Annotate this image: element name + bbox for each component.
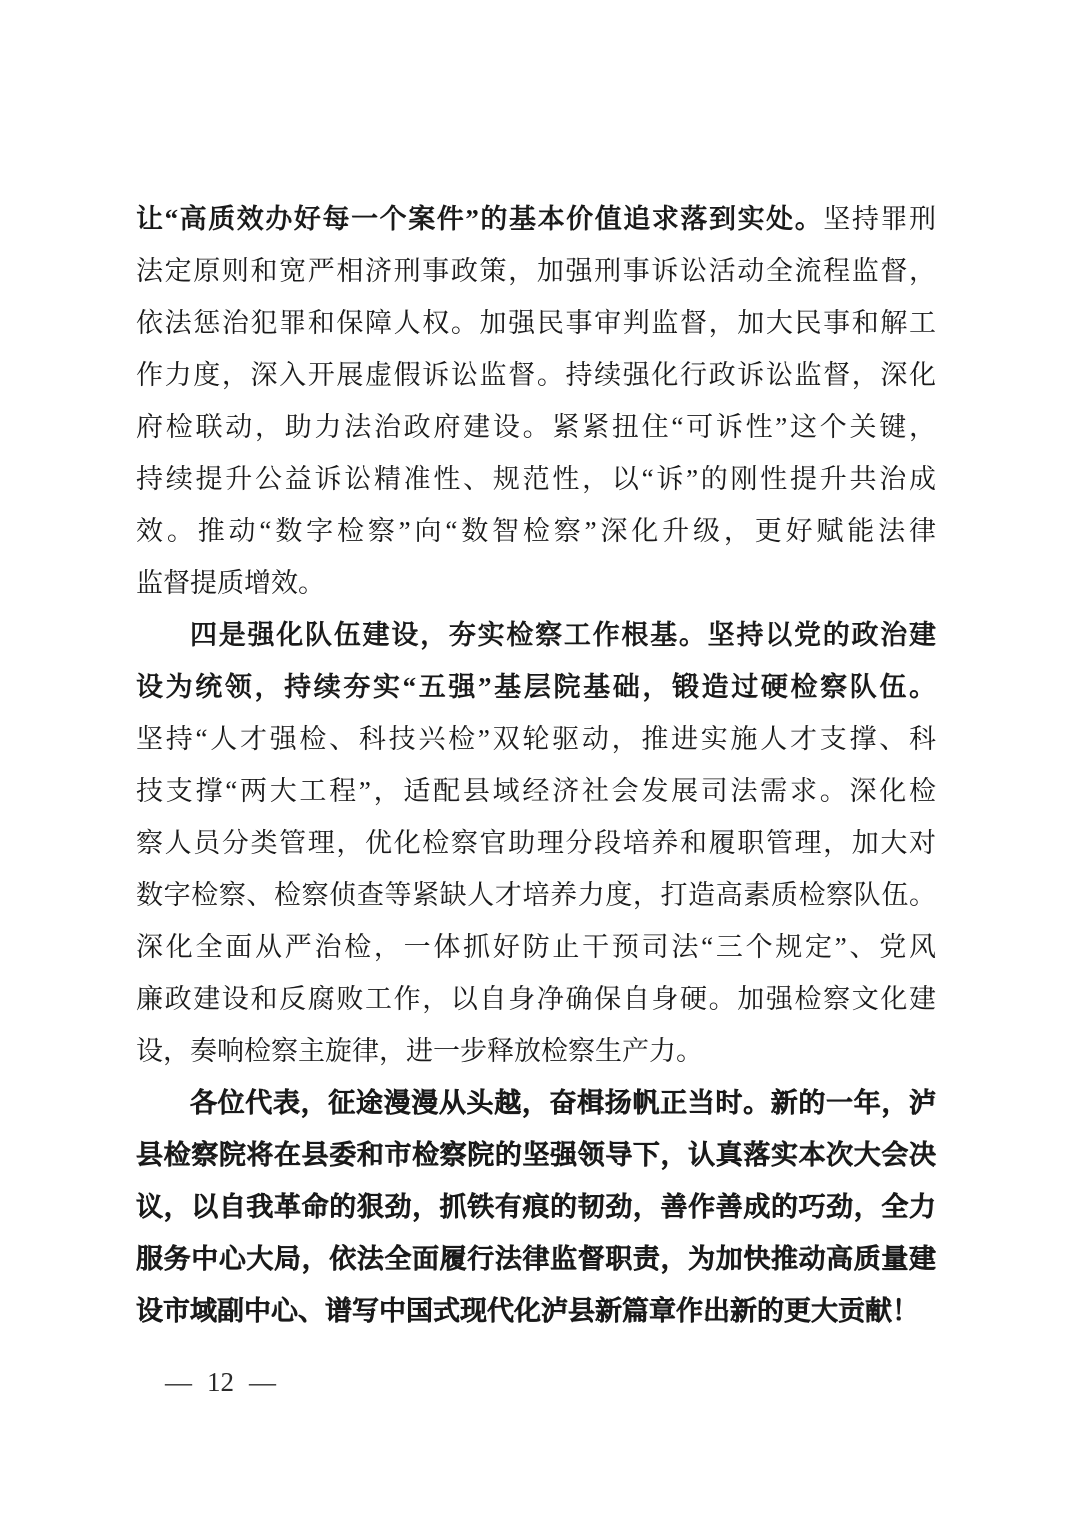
text-line: 持续提升公益诉讼精准性、规范性，以“诉”的刚性提升共治成 (136, 453, 936, 505)
text-line: 府检联动，助力法治政府建设。紧紧扭住“可诉性”这个关键， (136, 401, 936, 453)
text-line: 四是强化队伍建设，夯实检察工作根基。坚持以党的政治建 (136, 609, 936, 661)
bold-run: 四是强化队伍建设，夯实检察工作根基。坚持以党的政治建 (190, 620, 936, 650)
text-line: 设市域副中心、谱写中国式现代化泸县新篇章作出新的更大贡献！ (136, 1285, 936, 1337)
bold-run: 设为统领，持续夯实“五强”基层院基础，锻造过硬检察队伍。 (136, 672, 936, 702)
text-line: 数字检察、检察侦查等紧缺人才培养力度，打造高素质检察队伍。 (136, 869, 936, 921)
regular-run: 效。推动“数字检察”向“数智检察”深化升级，更好赋能法律 (136, 516, 936, 546)
footer-dash-left: — (165, 1362, 192, 1402)
regular-run: 持续提升公益诉讼精准性、规范性，以“诉”的刚性提升共治成 (136, 464, 936, 494)
bold-run: 县检察院将在县委和市检察院的坚强领导下，认真落实本次大会决 (136, 1140, 936, 1170)
text-line: 效。推动“数字检察”向“数智检察”深化升级，更好赋能法律 (136, 505, 936, 557)
text-line: 设，奏响检察主旋律，进一步释放检察生产力。 (136, 1025, 936, 1077)
bold-run: 设市域副中心、谱写中国式现代化泸县新篇章作出新的更大贡献！ (136, 1296, 919, 1326)
text-line: 深化全面从严治检，一体抓好防止干预司法“三个规定”、党风 (136, 921, 936, 973)
regular-run: 察人员分类管理，优化检察官助理分段培养和履职管理，加大对 (136, 828, 936, 858)
text-line: 服务中心大局，依法全面履行法律监督职责，为加快推动高质量建 (136, 1233, 936, 1285)
text-line: 依法惩治犯罪和保障人权。加强民事审判监督，加大民事和解工 (136, 297, 936, 349)
regular-run: 深化全面从严治检，一体抓好防止干预司法“三个规定”、党风 (136, 932, 936, 962)
regular-run: 坚持罪刑 (823, 204, 936, 234)
text-line: 坚持“人才强检、科技兴检”双轮驱动，推进实施人才支撑、科 (136, 713, 936, 765)
regular-run: 廉政建设和反腐败工作，以自身净确保自身硬。加强检察文化建 (136, 984, 936, 1014)
text-line: 作力度，深入开展虚假诉讼监督。持续强化行政诉讼监督，深化 (136, 349, 936, 401)
text-line: 各位代表，征途漫漫从头越，奋楫扬帆正当时。新的一年，泸 (136, 1077, 936, 1129)
regular-run: 府检联动，助力法治政府建设。紧紧扭住“可诉性”这个关键， (136, 412, 936, 442)
regular-run: 技支撑“两大工程”，适配县域经济社会发展司法需求。深化检 (136, 776, 936, 806)
regular-run: 监督提质增效。 (136, 568, 325, 598)
text-line: 县检察院将在县委和市检察院的坚强领导下，认真落实本次大会决 (136, 1129, 936, 1181)
text-line: 法定原则和宽严相济刑事政策，加强刑事诉讼活动全流程监督， (136, 245, 936, 297)
text-line: 让“高质效办好每一个案件”的基本价值追求落到实处。坚持罪刑 (136, 193, 936, 245)
regular-run: 坚持“人才强检、科技兴检”双轮驱动，推进实施人才支撑、科 (136, 724, 936, 754)
paragraph-four-team-building: 四是强化队伍建设，夯实检察工作根基。坚持以党的政治建 设为统领，持续夯实“五强”… (136, 609, 936, 1077)
page-footer: — 12 — (165, 1362, 276, 1402)
bold-run: 服务中心大局，依法全面履行法律监督职责，为加快推动高质量建 (136, 1244, 936, 1274)
bold-run: 各位代表，征途漫漫从头越，奋楫扬帆正当时。新的一年，泸 (190, 1088, 936, 1118)
regular-run: 设，奏响检察主旋律，进一步释放检察生产力。 (136, 1036, 703, 1066)
bold-run: 让“高质效办好每一个案件”的基本价值追求落到实处。 (136, 204, 823, 234)
page-number: 12 (207, 1362, 234, 1402)
text-line: 廉政建设和反腐败工作，以自身净确保自身硬。加强检察文化建 (136, 973, 936, 1025)
regular-run: 数字检察、检察侦查等紧缺人才培养力度，打造高素质检察队伍。 (136, 880, 936, 910)
bold-run: 议，以自我革命的狠劲，抓铁有痕的韧劲，善作善成的巧劲，全力 (136, 1192, 936, 1222)
regular-run: 依法惩治犯罪和保障人权。加强民事审判监督，加大民事和解工 (136, 308, 936, 338)
text-line: 察人员分类管理，优化检察官助理分段培养和履职管理，加大对 (136, 817, 936, 869)
paragraph-continuation: 让“高质效办好每一个案件”的基本价值追求落到实处。坚持罪刑 法定原则和宽严相济刑… (136, 193, 936, 609)
text-line: 监督提质增效。 (136, 557, 936, 609)
regular-run: 法定原则和宽严相济刑事政策，加强刑事诉讼活动全流程监督， (136, 256, 936, 286)
text-line: 议，以自我革命的狠劲，抓铁有痕的韧劲，善作善成的巧劲，全力 (136, 1181, 936, 1233)
paragraph-closing-address: 各位代表，征途漫漫从头越，奋楫扬帆正当时。新的一年，泸 县检察院将在县委和市检察… (136, 1077, 936, 1337)
regular-run: 作力度，深入开展虚假诉讼监督。持续强化行政诉讼监督，深化 (136, 360, 936, 390)
document-page: 让“高质效办好每一个案件”的基本价值追求落到实处。坚持罪刑 法定原则和宽严相济刑… (0, 0, 1074, 1520)
footer-dash-right: — (249, 1362, 276, 1402)
document-body: 让“高质效办好每一个案件”的基本价值追求落到实处。坚持罪刑 法定原则和宽严相济刑… (136, 193, 936, 1337)
text-line: 技支撑“两大工程”，适配县域经济社会发展司法需求。深化检 (136, 765, 936, 817)
text-line: 设为统领，持续夯实“五强”基层院基础，锻造过硬检察队伍。 (136, 661, 936, 713)
